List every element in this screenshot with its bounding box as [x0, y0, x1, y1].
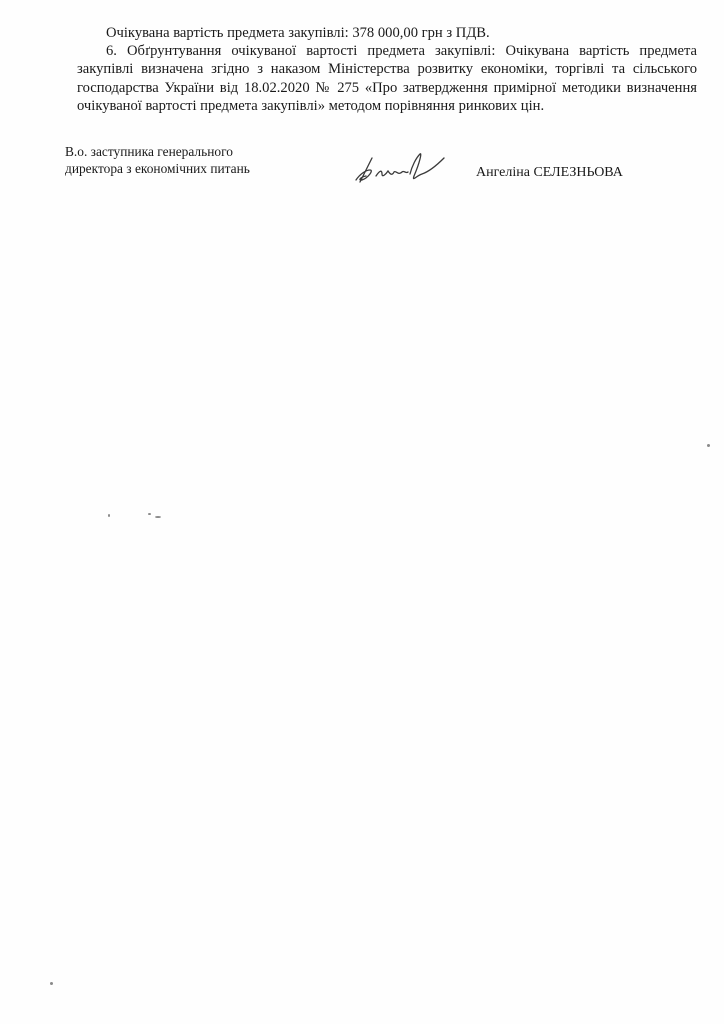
- scan-speck: [108, 514, 110, 517]
- scan-speck: [707, 444, 710, 447]
- expected-cost-line: Очікувана вартість предмета закупівлі: 3…: [77, 24, 697, 42]
- section-6-justification: 6. Обґрунтування очікуваної вартості пре…: [77, 42, 697, 115]
- scanned-page: Очікувана вартість предмета закупівлі: 3…: [0, 0, 724, 1024]
- scan-speck: [50, 982, 53, 985]
- scan-speck: [148, 513, 151, 515]
- scan-speck: [155, 516, 161, 518]
- signature-icon: [346, 140, 456, 188]
- document-body: Очікувана вартість предмета закупівлі: 3…: [77, 24, 697, 115]
- signer-name: Ангеліна СЕЛЕЗНЬОВА: [476, 165, 623, 181]
- signatory-position: В.о. заступника генерального директора з…: [65, 143, 250, 177]
- position-line-1: В.о. заступника генерального: [65, 143, 250, 160]
- position-line-2: директора з економічних питань: [65, 160, 250, 177]
